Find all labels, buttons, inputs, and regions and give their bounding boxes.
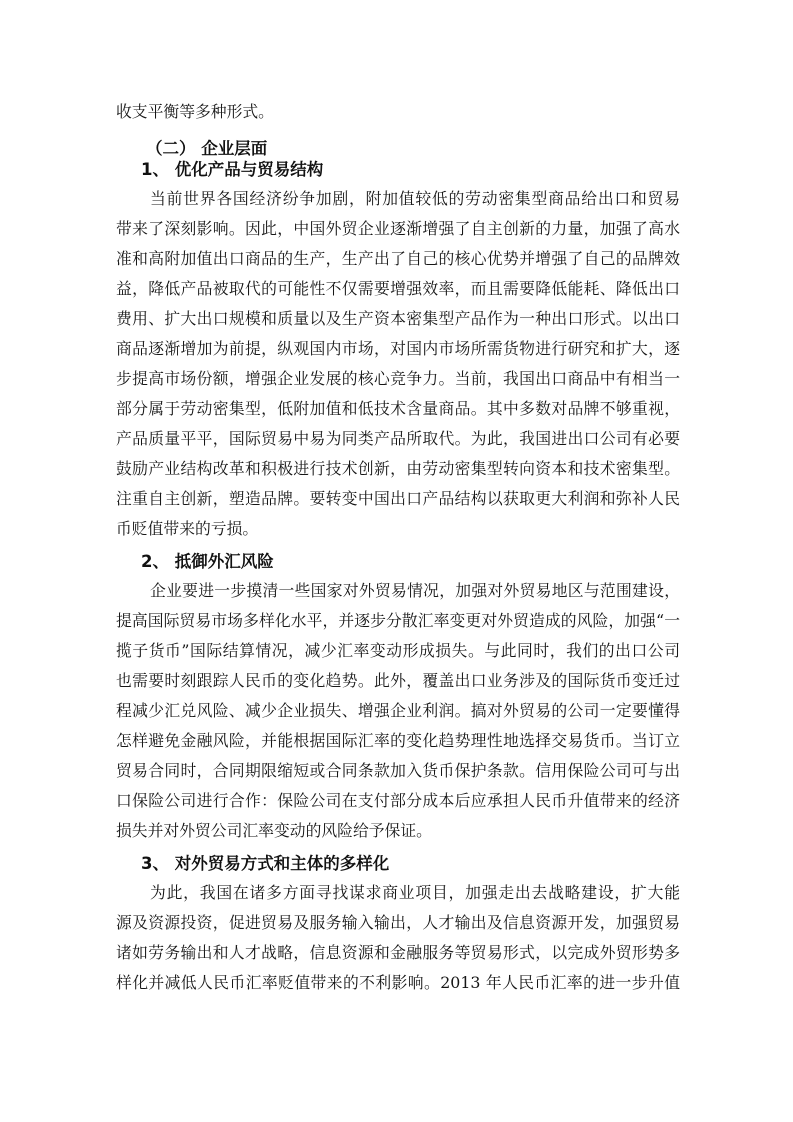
text-line: 口保险公司进行合作：保险公司在支付部分成本后应承担人民币升值带来的经济 — [116, 786, 680, 816]
text-line: 也需要时刻跟踪人民币的变化趋势。此外，覆盖出口业务涉及的国际货币变迁过 — [116, 666, 680, 696]
text-line: 为此，我国在诸多方面寻找谋求商业项目，加强走出去战略建设，扩大能 — [116, 878, 680, 908]
text-line: 部分属于劳动密集型，低附加值和低技术含量商品。其中多数对品牌不够重视， — [116, 394, 680, 424]
text-line: 揽子货币”国际结算情况，减少汇率变动形成损失。与此同时，我们的出口公司 — [116, 636, 680, 666]
text-line: 商品逐渐增加为前提，纵观国内市场，对国内市场所需货物进行研究和扩大，逐 — [116, 334, 680, 364]
paragraph: 当前世界各国经济纷争加剧，附加值较低的劳动密集型商品给出口和贸易带来了深刻影响。… — [116, 184, 680, 544]
text-line: 产品质量平平，国际贸易中易为同类产品所取代。为此，我国进出口公司有必要 — [116, 424, 680, 454]
subsections-container: 1、 优化产品与贸易结构当前世界各国经济纷争加剧，附加值较低的劳动密集型商品给出… — [116, 159, 680, 998]
text-line: 贸易合同时，合同期限缩短或合同条款加入货币保护条款。信用保险公司可与出 — [116, 756, 680, 786]
text-line: 损失并对外贸公司汇率变动的风险给予保证。 — [116, 816, 680, 846]
text-line: 费用、扩大出口规模和质量以及生产资本密集型产品作为一种出口形式。以出口 — [116, 304, 680, 334]
text-line: 鼓励产业结构改革和积极进行技术创新，由劳动密集型转向资本和技术密集型。 — [116, 454, 680, 484]
text-line: 注重自主创新，塑造品牌。要转变中国出口产品结构以获取更大利润和弥补人民 — [116, 484, 680, 514]
text-line: 怎样避免金融风险，并能根据国际汇率的变化趋势理性地选择交易货币。当订立 — [116, 726, 680, 756]
text-line: 步提高市场份额，增强企业发展的核心竞争力。当前，我国出口商品中有相当一 — [116, 364, 680, 394]
text-line: 程减少汇兑风险、减少企业损失、增强企业利润。搞对外贸易的公司一定要懂得 — [116, 696, 680, 726]
subsection-heading: 2、 抵御外汇风险 — [116, 551, 680, 572]
text-line: 币贬值带来的亏损。 — [116, 514, 680, 544]
paragraph: 企业要进一步摸清一些国家对外贸易情况，加强对外贸易地区与范围建设，提高国际贸易市… — [116, 576, 680, 846]
text-line: 企业要进一步摸清一些国家对外贸易情况，加强对外贸易地区与范围建设， — [116, 576, 680, 606]
subsection-heading: 3、 对外贸易方式和主体的多样化 — [116, 853, 680, 874]
paragraph-continuation-line: 收支平衡等多种形式。 — [116, 97, 680, 127]
document-content: 收支平衡等多种形式。 （二） 企业层面 1、 优化产品与贸易结构当前世界各国经济… — [116, 97, 680, 998]
section-heading: （二） 企业层面 — [116, 138, 680, 159]
subsection-heading: 1、 优化产品与贸易结构 — [116, 159, 680, 180]
text-line: 准和高附加值出口商品的生产，生产出了自己的核心优势并增强了自己的品牌效 — [116, 244, 680, 274]
text-line: 益，降低产品被取代的可能性不仅需要增强效率，而且需要降低能耗、降低出口 — [116, 274, 680, 304]
document-page: 收支平衡等多种形式。 （二） 企业层面 1、 优化产品与贸易结构当前世界各国经济… — [0, 0, 793, 1122]
text-line: 提高国际贸易市场多样化水平，并逐步分散汇率变更对外贸造成的风险，加强“一 — [116, 606, 680, 636]
paragraph: 为此，我国在诸多方面寻找谋求商业项目，加强走出去战略建设，扩大能源及资源投资，促… — [116, 878, 680, 998]
text-line: 诸如劳务输出和人才战略，信息资源和金融服务等贸易形式，以完成外贸形势多 — [116, 938, 680, 968]
text-line: 当前世界各国经济纷争加剧，附加值较低的劳动密集型商品给出口和贸易 — [116, 184, 680, 214]
text-line: 样化并减低人民币汇率贬值带来的不利影响。2013 年人民币汇率的进一步升值 — [116, 968, 680, 998]
text-line: 源及资源投资，促进贸易及服务输入输出，人才输出及信息资源开发，加强贸易 — [116, 908, 680, 938]
text-line: 带来了深刻影响。因此，中国外贸企业逐渐增强了自主创新的力量，加强了高水 — [116, 214, 680, 244]
